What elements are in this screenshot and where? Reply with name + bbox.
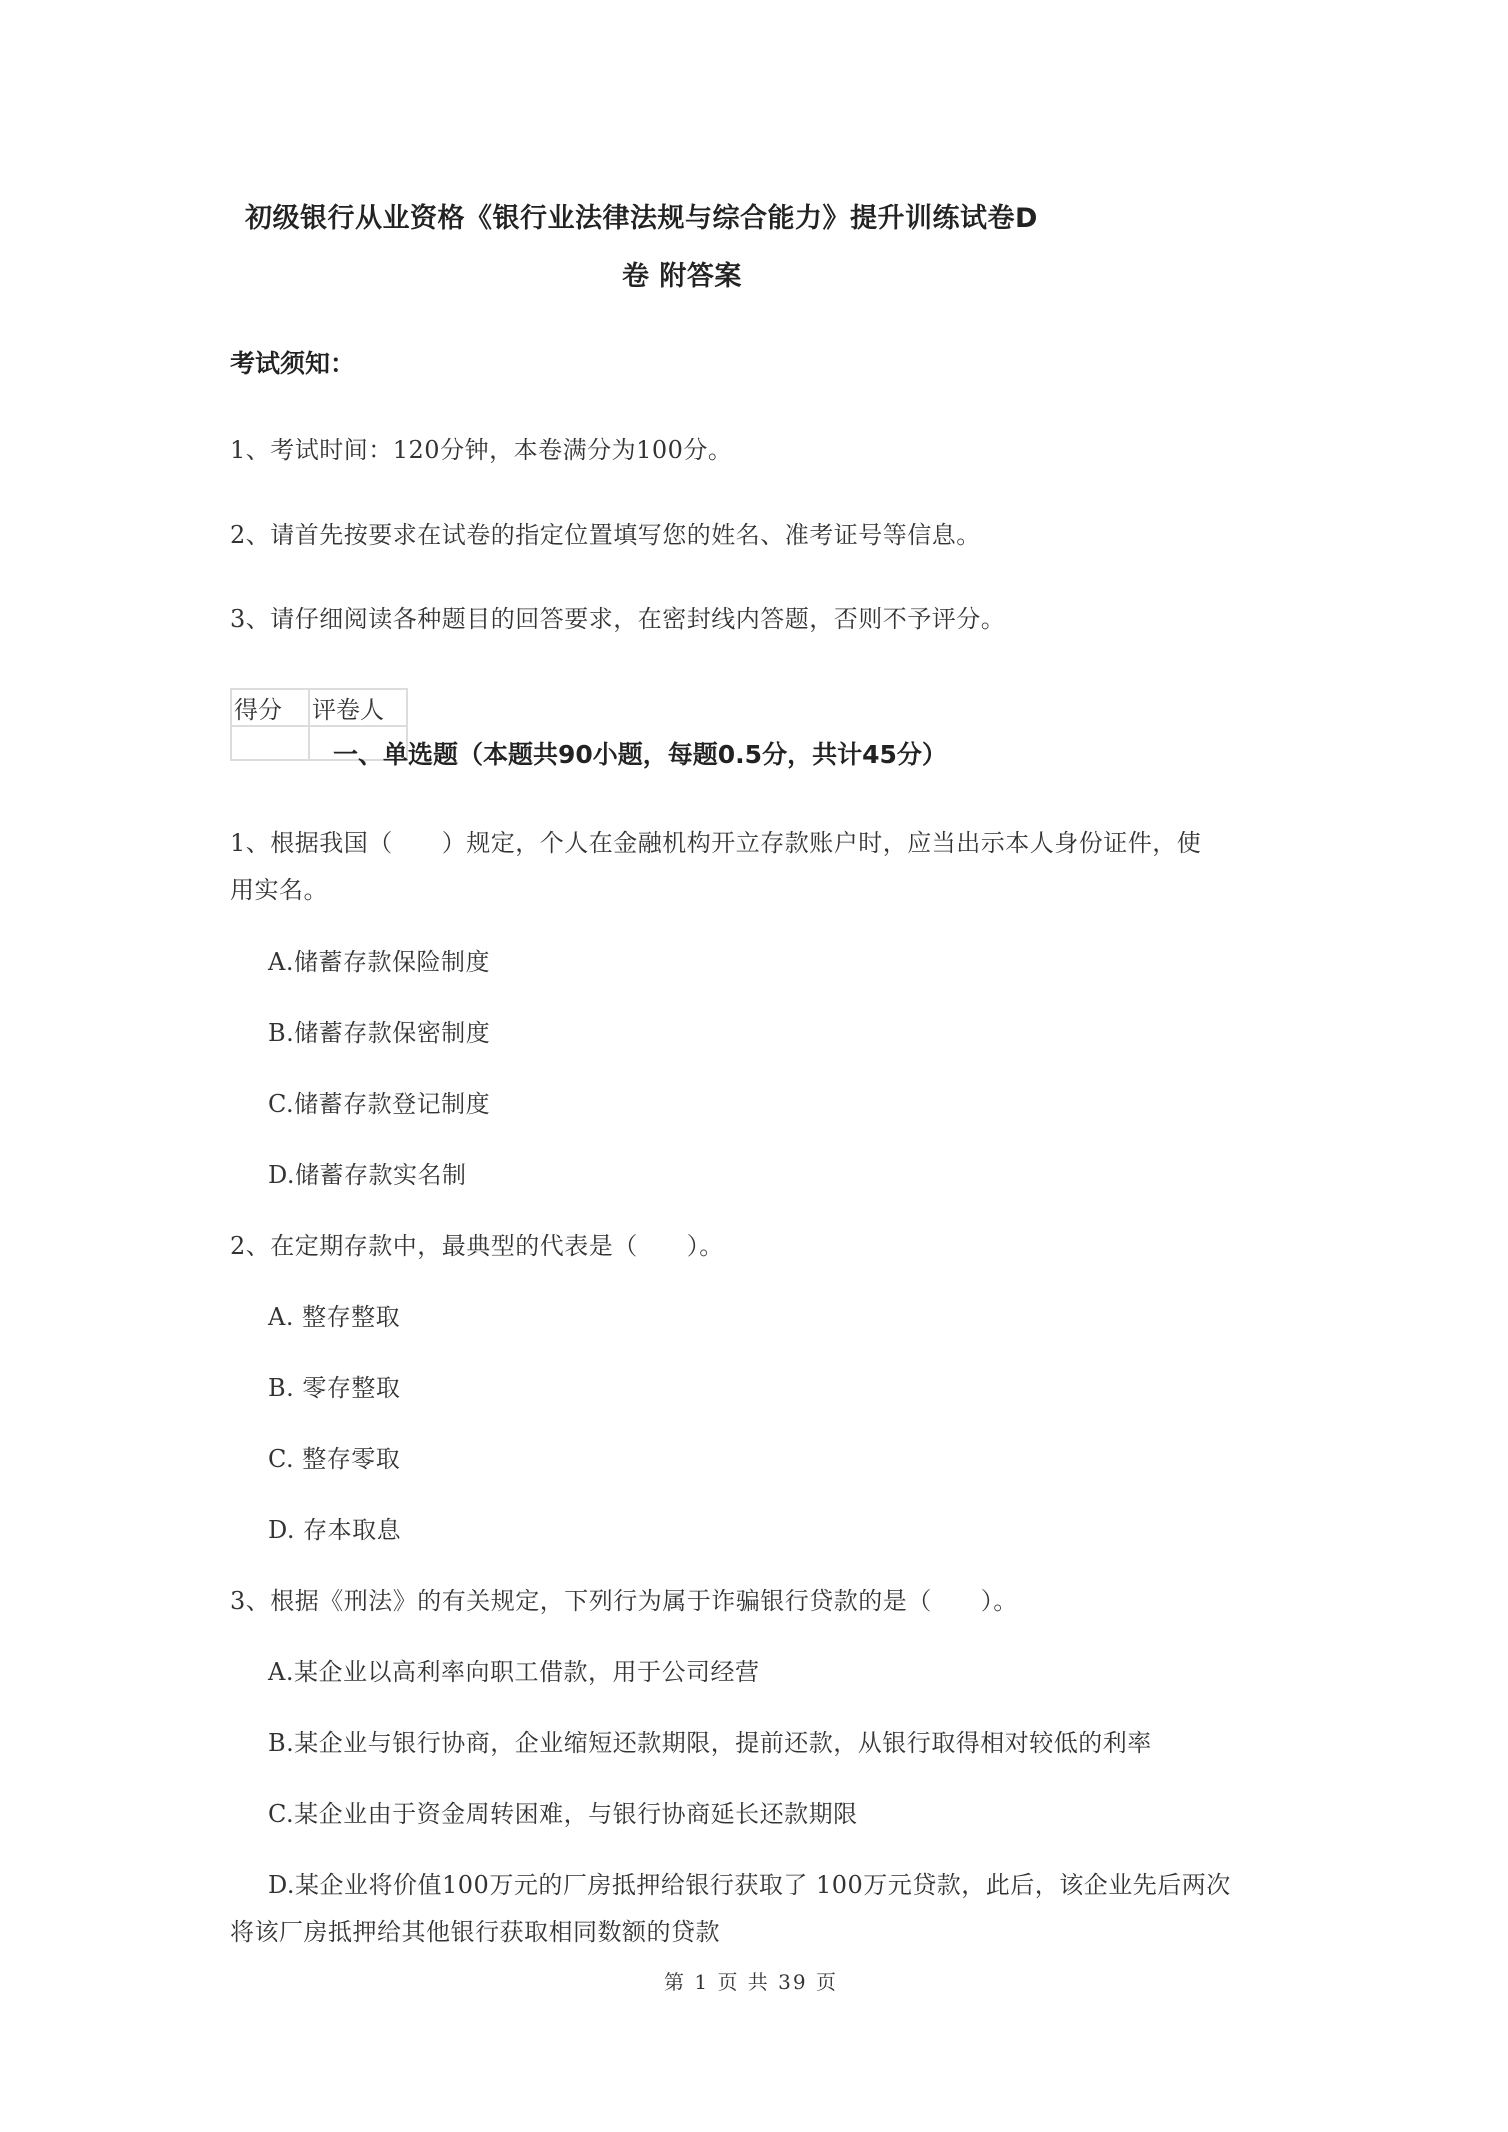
section-title: 一、单选题（本题共90小题，每题0.5分，共计45分）: [333, 735, 947, 771]
notice-item-3: 3、请仔细阅读各种题目的回答要求，在密封线内答题，否则不予评分。: [230, 599, 1005, 634]
page-footer: 第 1 页 共 39 页: [664, 1966, 838, 1995]
question-1-option-d: D.储蓄存款实名制: [268, 1155, 467, 1190]
question-3-option-a: A.某企业以高利率向职工借款，用于公司经营: [268, 1652, 759, 1687]
notice-item-1: 1、考试时间：120分钟，本卷满分为100分。: [230, 430, 732, 465]
question-3-option-d-line1: D.某企业将价值100万元的厂房抵押给银行获取了 100万元贷款，此后，该企业先…: [268, 1865, 1231, 1900]
question-2-option-d: D. 存本取息: [268, 1510, 401, 1545]
score-header: 得分: [231, 689, 309, 726]
question-3-stem: 3、根据《刑法》的有关规定，下列行为属于诈骗银行贷款的是（ ）。: [230, 1581, 1018, 1616]
document-title-line1: 初级银行从业资格《银行业法律法规与综合能力》提升训练试卷D: [245, 196, 1038, 235]
grader-header: 评卷人: [309, 689, 407, 726]
document-page: 初级银行从业资格《银行业法律法规与综合能力》提升训练试卷D 卷 附答案 考试须知…: [0, 0, 1508, 2132]
score-cell[interactable]: [231, 726, 309, 760]
notice-item-2: 2、请首先按要求在试卷的指定位置填写您的姓名、准考证号等信息。: [230, 515, 981, 550]
question-1-option-b: B.储蓄存款保密制度: [268, 1013, 490, 1048]
question-3-option-d-line2: 将该厂房抵押给其他银行获取相同数额的贷款: [230, 1912, 720, 1947]
document-title-line2: 卷 附答案: [622, 254, 742, 293]
question-1-option-c: C.储蓄存款登记制度: [268, 1084, 490, 1119]
question-3-option-c: C.某企业由于资金周转困难，与银行协商延长还款期限: [268, 1794, 858, 1829]
question-2-option-a: A. 整存整取: [268, 1297, 400, 1332]
question-1-option-a: A.储蓄存款保险制度: [268, 942, 490, 977]
question-1-stem-line2: 用实名。: [230, 870, 328, 905]
question-2-option-b: B. 零存整取: [268, 1368, 400, 1403]
question-3-option-b: B.某企业与银行协商，企业缩短还款期限，提前还款，从银行取得相对较低的利率: [268, 1723, 1152, 1758]
notice-heading: 考试须知：: [230, 344, 355, 380]
question-2-stem: 2、在定期存款中，最典型的代表是（ ）。: [230, 1226, 724, 1261]
question-1-stem-line1: 1、根据我国（ ）规定，个人在金融机构开立存款账户时，应当出示本人身份证件，使: [230, 823, 1201, 858]
question-2-option-c: C. 整存零取: [268, 1439, 400, 1474]
